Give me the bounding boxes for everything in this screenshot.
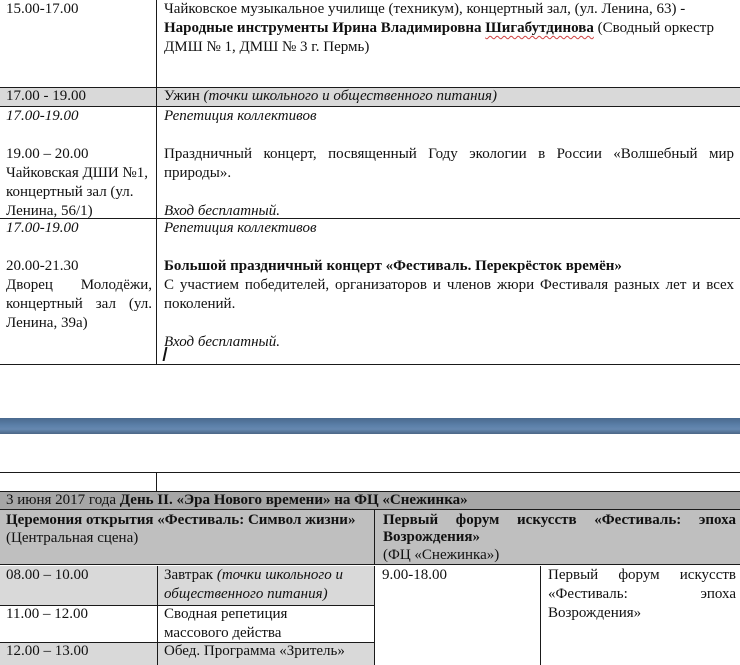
- section-title: Первый форум искусств «Фестиваль: эпоха …: [383, 512, 736, 546]
- performer-surname: Шигабутдинова: [485, 20, 594, 36]
- event-cell: Обед. Программа «Зритель»: [164, 642, 374, 661]
- rehearsal-time: 17.00-19.00: [6, 219, 152, 238]
- rehearsal-label: Репетиция коллективов: [164, 219, 734, 238]
- time-cell: 9.00-18.00: [382, 566, 532, 585]
- event-title: Завтрак: [164, 567, 217, 583]
- concert-description: С участием победителей, организаторов и …: [164, 276, 734, 314]
- day-title: День II. «Эра Нового времени» на ФЦ «Сне…: [120, 492, 468, 508]
- section-header-opening-ceremony: Церемония открытия «Фестиваль: Символ жи…: [0, 510, 375, 565]
- concert-title: Большой праздничный концерт «Фестиваль. …: [164, 257, 734, 276]
- row-divider: [0, 472, 740, 473]
- section-header-arts-forum: Первый форум искусств «Фестиваль: эпоха …: [375, 510, 740, 565]
- time-cell: 17.00-19.00 19.00 – 20.00 Чайковская ДШИ…: [6, 107, 146, 221]
- concert-time: 19.00 – 20.00: [6, 145, 146, 164]
- entry-note: Вход бесплатный.: [164, 333, 734, 352]
- time-cell: 17.00 - 19.00: [6, 87, 154, 106]
- row-divider: [0, 364, 740, 365]
- column-divider: [156, 0, 157, 364]
- event-cell: Завтрак (точки школьного и общественного…: [164, 566, 370, 604]
- column-divider: [374, 566, 375, 665]
- performer-name: Народные инструменты Ирина Владимировна: [164, 20, 485, 36]
- day-header: 3 июня 2017 года День II. «Эра Нового вр…: [0, 491, 740, 510]
- event-note: (точки школьного и общественного питания…: [203, 88, 497, 104]
- time-cell: 17.00-19.00 20.00-21.30 Дворец Молодёжи,…: [6, 219, 152, 333]
- section-location: (Центральная сцена): [6, 529, 368, 547]
- event-cell: Первый форум искусств «Фестиваль: эпоха …: [548, 566, 736, 623]
- column-divider: [540, 566, 541, 665]
- event-cell: Ужин (точки школьного и общественного пи…: [164, 87, 734, 106]
- venue-text: Чайковская ДШИ №1, концертный зал (ул. Л…: [6, 164, 148, 221]
- event-cell: Репетиция коллективов Большой праздничны…: [164, 219, 734, 352]
- day-date: 3 июня 2017 года: [6, 492, 120, 508]
- page-break-separator: [0, 418, 740, 434]
- rehearsal-time: 17.00-19.00: [6, 107, 146, 126]
- event-title: Ужин: [164, 88, 203, 104]
- section-title: Церемония открытия «Фестиваль: Символ жи…: [6, 512, 368, 529]
- column-divider: [156, 472, 157, 491]
- venue-text: Чайковское музыкальное училище (техникум…: [164, 1, 685, 17]
- column-divider: [157, 566, 158, 665]
- event-cell: Сводная репетиция массового действа: [164, 605, 324, 643]
- concert-description: Праздничный концерт, посвященный Году эк…: [164, 145, 734, 183]
- section-location: (ФЦ «Снежинка»): [383, 546, 736, 564]
- event-cell: Чайковское музыкальное училище (техникум…: [164, 0, 734, 57]
- time-cell: 11.00 – 12.00: [6, 605, 154, 624]
- rehearsal-label: Репетиция коллективов: [164, 107, 734, 126]
- time-cell: 08.00 – 10.00: [6, 566, 154, 585]
- time-cell: 12.00 – 13.00: [6, 642, 154, 661]
- event-cell: Репетиция коллективов Праздничный концер…: [164, 107, 734, 221]
- venue-text: Дворец Молодёжи, концертный зал (ул. Лен…: [6, 276, 152, 333]
- time-cell: 15.00-17.00: [6, 0, 154, 19]
- concert-time: 20.00-21.30: [6, 257, 152, 276]
